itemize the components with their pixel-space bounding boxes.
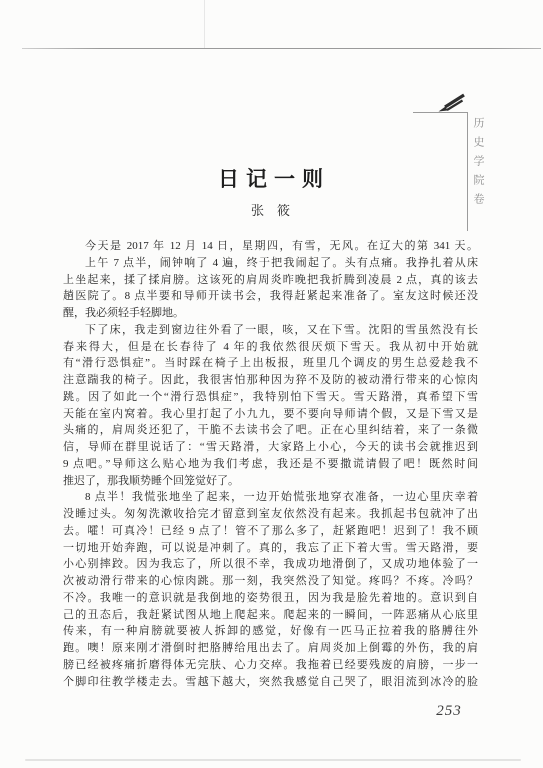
text-line: 去。嚯！可真冷！已经 9 点了！管不了那么多了，赶紧跑吧！迟到了！我不顾 <box>63 523 478 540</box>
text-line: 春来得大，但是在长春待了 4 年的我依然很厌烦下雪天。我从初中开始就 <box>63 339 478 356</box>
text-line: 趟医院了。8 点半要和导师开读书会，我得赶紧起来准备了。室友这时候还没 <box>63 288 478 305</box>
text-line: 膀已经被疼痛折磨得体无完肤、心力交瘁。我拖着已经要残废的肩膀，一步一 <box>63 657 478 674</box>
volume-tab-border-top <box>413 112 468 113</box>
text-line: 不冷。我唯一的意识就是我倒地的姿势很丑，因为我是脸先着地的。意识到自 <box>63 590 478 607</box>
text-line: 9 点吧。”导师这么贴心地为我们考虑，我还是不要撒谎请假了吧！既然时间 <box>63 456 478 473</box>
text-line: 跳。因了如此一个“滑行恐惧症”，我特别怕下雪天。雪天路滑，真希望下雪 <box>63 389 478 406</box>
pencil-icon <box>435 93 466 113</box>
text-line: 推迟了，那我顺势睡个回笼觉好了。 <box>63 473 478 490</box>
text-line: 个脚印往教学楼走去。雪越下越大，突然我感觉自己哭了，眼泪流到冰冷的脸 <box>63 674 478 691</box>
text-line: 没睡过头。匆匆洗漱收拾完才留意到室友依然没有起来。我抓起书包就冲了出 <box>63 506 478 523</box>
text-line: 上坐起来，揉了揉肩膀。这该死的肩周炎昨晚把我折腾到凌晨 2 点，真的该去 <box>63 272 478 289</box>
text-line: 上午 7 点半，闹钟响了 4 遍，终于把我闹起了。头有点痛。我挣扎着从床 <box>63 255 478 272</box>
text-line: 己的丑态后，我赶紧试图从地上爬起来。爬起来的一瞬间，一阵恶痛从心底里 <box>63 607 478 624</box>
text-line: 头痛的，肩周炎还犯了，干脆不去读书会了吧。正在心里纠结着，来了一条微 <box>63 422 478 439</box>
page-title: 日记一则 <box>63 163 478 193</box>
author-name: 张 筱 <box>63 200 478 219</box>
book-page: 历史学院卷 日记一则 张 筱 今天是 2017 年 12 月 14 日，星期四，… <box>0 0 543 768</box>
scan-artifact-line <box>204 0 205 48</box>
text-line: 醒，我必须轻手轻脚地。 <box>63 305 478 322</box>
text-line: 今天是 2017 年 12 月 14 日，星期四，有雪，无风。在辽大的第 341… <box>63 238 478 255</box>
text-line: 下了床，我走到窗边往外看了一眼，咳，又在下雪。沈阳的雪虽然没有长 <box>63 322 478 339</box>
text-line: 注意踹我的椅子。因此，我很害怕那种因为猝不及防的被动滑行带来的心惊肉 <box>63 372 478 389</box>
text-line: 次被动滑行带来的心惊肉跳。那一刻，我突然没了知觉。疼吗？不疼。冷吗？ <box>63 573 478 590</box>
page-number: 253 <box>425 703 473 720</box>
text-line: 跑。噢！原来刚才滑倒时把胳膊给甩出去了。肩周炎加上倒霉的外伤，我的肩 <box>63 640 478 657</box>
text-line: 小心别摔跤。因为我忘了，所以很不幸，我成功地滑倒了，又成功地体验了一 <box>63 556 478 573</box>
top-rule <box>22 48 541 49</box>
text-line: 一切地开始奔跑，可以说是冲刺了。真的，我忘了正下着大雪。雪天路滑，要 <box>63 540 478 557</box>
text-line: 传来，有一种肩膀就要被人拆卸的感觉，好像有一匹马正拉着我的胳膊往外 <box>63 623 478 640</box>
article-body: 今天是 2017 年 12 月 14 日，星期四，有雪，无风。在辽大的第 341… <box>63 238 478 690</box>
text-line: 天能在室内窝着。我心里打起了小九九，要不要向导师请个假，又是下雪又是 <box>63 406 478 423</box>
text-line: 8 点半！我慌张地坐了起来，一边开始慌张地穿衣准备，一边心里庆幸着 <box>63 489 478 506</box>
page-bottom-edge <box>25 759 521 761</box>
text-line: 信，导师在群里说话了：“雪天路滑，大家路上小心，今天的读书会就推迟到 <box>63 439 478 456</box>
text-line: 有“滑行恐惧症”。当时踩在椅子上出板报，班里几个调皮的男生总爱趁我不 <box>63 355 478 372</box>
